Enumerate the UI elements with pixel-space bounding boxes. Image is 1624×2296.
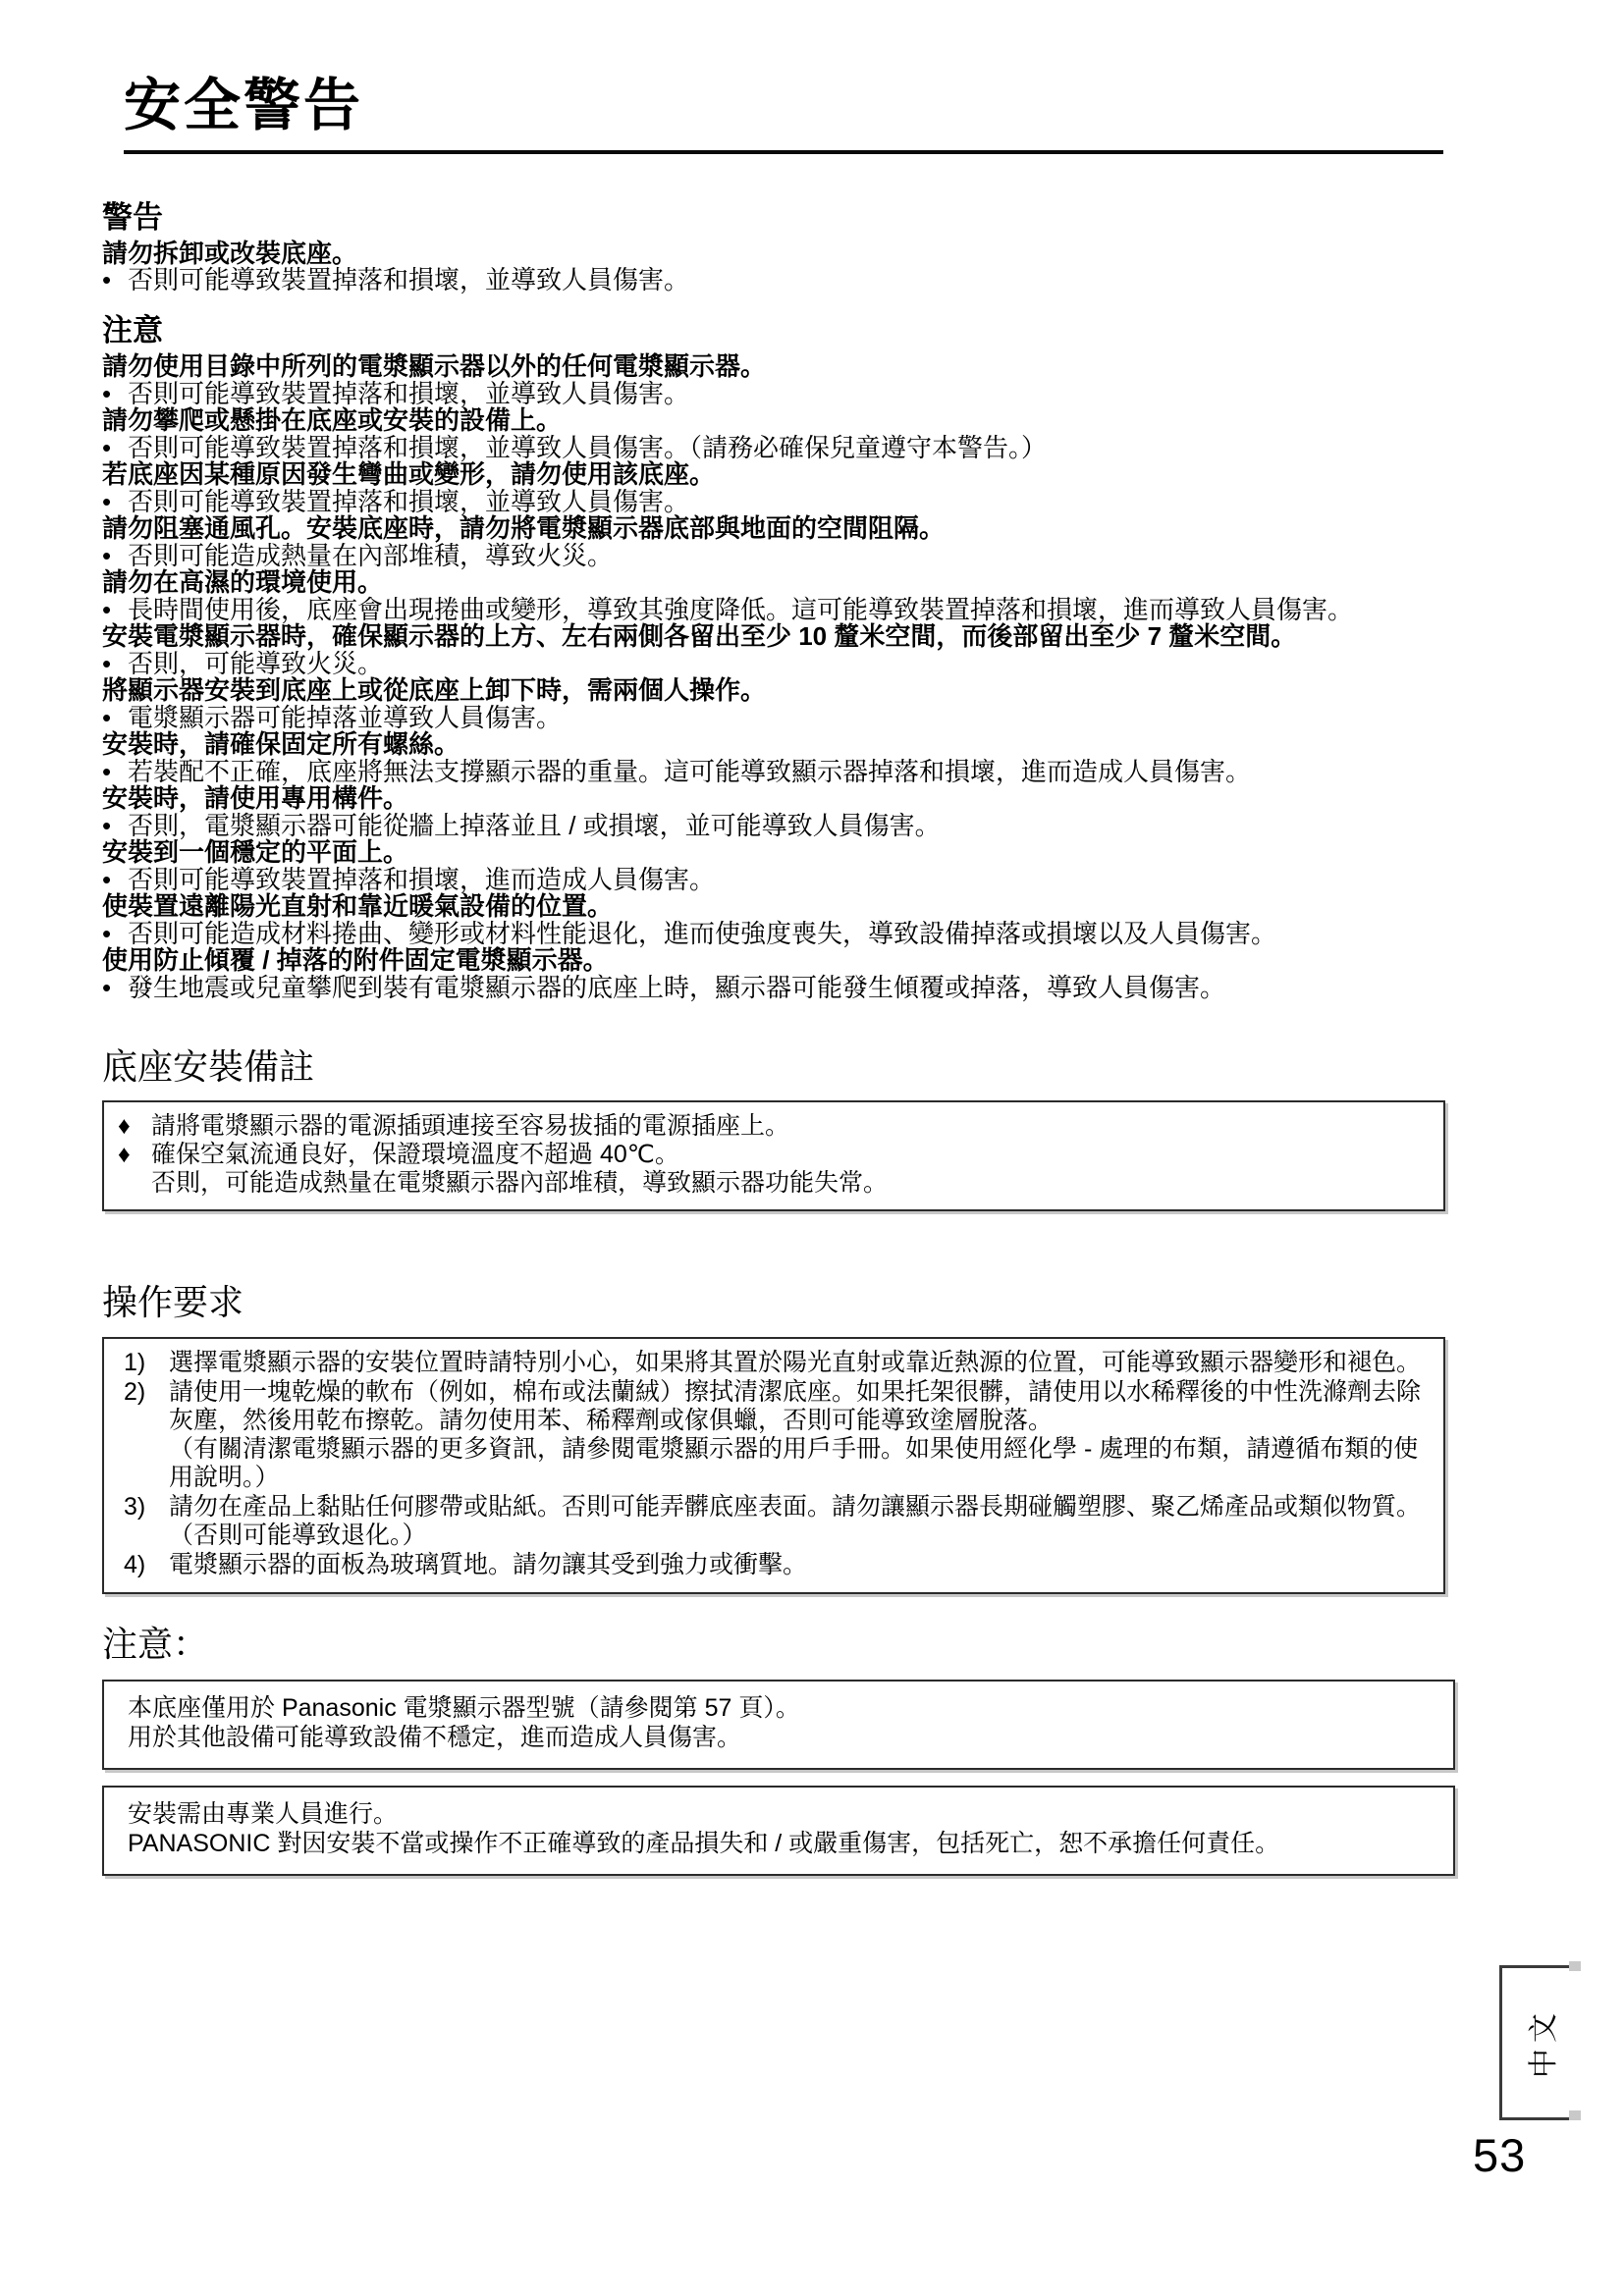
warning-section: 警告 請勿拆卸或改裝底座。• 否則可能導致裝置掉落和損壞，並導致人員傷害。 [102, 201, 1469, 294]
bullet-line: • 否則可能導致裝置掉落和損壞，並導致人員傷害。 [102, 267, 1469, 294]
bullet-text: 發生地震或兒童攀爬到裝有電漿顯示器的底座上時，顯示器可能發生傾覆或掉落，導致人員… [128, 973, 1225, 1002]
rule-line: 請勿攀爬或懸掛在底座或安裝的設備上。 [102, 407, 1469, 435]
bullet-text: 長時間使用後，底座會出現捲曲或變形，導致其強度降低。這可能導致裝置掉落和損壞，進… [128, 595, 1353, 624]
notice-line: 安裝需由專業人員進行。 [128, 1799, 1441, 1829]
bullet-line: • 否則可能導致裝置掉落和損壞，並導致人員傷害。（請務必確保兒童遵守本警告。） [102, 435, 1469, 462]
bullet-text: 否則可能導致裝置掉落和損壞，並導致人員傷害。 [128, 265, 689, 294]
operating-item-text: 電漿顯示器的面板為玻璃質地。請勿讓其受到強力或衝擊。 [169, 1551, 1432, 1579]
bullet-icon: • [102, 975, 128, 1002]
operating-box: 1)選擇電漿顯示器的安裝位置時請特別小心，如果將其置於陽光直射或靠近熱源的位置，… [102, 1337, 1445, 1594]
bullet-icon: • [102, 381, 128, 408]
rule-line: 安裝時，請確保固定所有螺絲。 [102, 731, 1469, 759]
bullet-icon: • [102, 435, 128, 462]
bullet-text: 否則，可能導致火災。 [128, 649, 383, 678]
bullet-text: 否則可能導致裝置掉落和損壞，並導致人員傷害。（請務必確保兒童遵守本警告。） [128, 433, 1047, 462]
rule-line: 請勿在高濕的環境使用。 [102, 569, 1469, 597]
bullet-icon: • [102, 759, 128, 786]
operating-item-number: 1) [118, 1349, 169, 1377]
bullet-line: • 否則可能導致裝置掉落和損壞，並導致人員傷害。 [102, 489, 1469, 516]
notice-box-installation: 安裝需由專業人員進行。PANASONIC 對因安裝不當或操作不正確導致的產品損失… [102, 1786, 1455, 1876]
operating-item: 2)請使用一塊乾燥的軟布（例如，棉布或法蘭絨）擦拭清潔底座。如果托架很髒，請使用… [118, 1378, 1432, 1492]
caution-section: 注意 請勿使用目錄中所列的電漿顯示器以外的任何電漿顯示器。• 否則可能導致裝置掉… [102, 314, 1469, 1001]
notice-line: 本底座僅用於 Panasonic 電漿顯示器型號（請參閱第 57 頁）。 [128, 1693, 1441, 1723]
bullet-line: • 否則可能導致裝置掉落和損壞，並導致人員傷害。 [102, 381, 1469, 408]
notice-box-models: 本底座僅用於 Panasonic 電漿顯示器型號（請參閱第 57 頁）。用於其他… [102, 1680, 1455, 1770]
bullet-line: • 否則，電漿顯示器可能從牆上掉落並且 / 或損壞，並可能導致人員傷害。 [102, 813, 1469, 840]
page-number: 53 [1473, 2128, 1526, 2182]
warning-list: 請勿拆卸或改裝底座。• 否則可能導致裝置掉落和損壞，並導致人員傷害。 [102, 240, 1469, 294]
rule-line: 安裝時，請使用專用構件。 [102, 785, 1469, 813]
notice-heading: 注意： [102, 1624, 1469, 1664]
bullet-text: 若裝配不正確，底座將無法支撐顯示器的重量。這可能導致顯示器掉落和損壞，進而造成人… [128, 757, 1251, 786]
operating-item-line: 請勿在產品上黏貼任何膠帶或貼紙。否則可能弄髒底座表面。請勿讓顯示器長期碰觸塑膠、… [169, 1493, 1432, 1550]
manual-page: 安全警告 警告 請勿拆卸或改裝底座。• 否則可能導致裝置掉落和損壞，並導致人員傷… [0, 0, 1624, 2296]
operating-item: 4)電漿顯示器的面板為玻璃質地。請勿讓其受到強力或衝擊。 [118, 1551, 1432, 1579]
bullet-text: 否則可能造成材料捲曲、變形或材料性能退化，進而使強度喪失，導致設備掉落或損壞以及… [128, 919, 1276, 948]
page-title: 安全警告 [124, 77, 1469, 136]
page-content: 安全警告 警告 請勿拆卸或改裝底座。• 否則可能導致裝置掉落和損壞，並導致人員傷… [102, 0, 1469, 1876]
operating-item-text: 請使用一塊乾燥的軟布（例如，棉布或法蘭絨）擦拭清潔底座。如果托架很髒，請使用以水… [169, 1378, 1432, 1492]
bullet-icon: • [102, 597, 128, 624]
operating-item: 3)請勿在產品上黏貼任何膠帶或貼紙。否則可能弄髒底座表面。請勿讓顯示器長期碰觸塑… [118, 1493, 1432, 1550]
operating-item: 1)選擇電漿顯示器的安裝位置時請特別小心，如果將其置於陽光直射或靠近熱源的位置，… [118, 1349, 1432, 1377]
bullet-line: • 否則可能造成熱量在內部堆積，導致火災。 [102, 543, 1469, 570]
bullet-icon: • [102, 867, 128, 894]
caution-heading: 注意 [102, 314, 1469, 347]
bullet-icon: • [102, 651, 128, 678]
title-rule [124, 150, 1443, 154]
bullet-icon: • [102, 489, 128, 516]
language-tab-label: 中文 [1519, 2007, 1562, 2078]
bullet-line: • 電漿顯示器可能掉落並導致人員傷害。 [102, 705, 1469, 732]
bullet-text: 否則，電漿顯示器可能從牆上掉落並且 / 或損壞，並可能導致人員傷害。 [128, 811, 941, 840]
bullet-line: • 發生地震或兒童攀爬到裝有電漿顯示器的底座上時，顯示器可能發生傾覆或掉落，導致… [102, 975, 1469, 1002]
rule-line: 請勿阻塞通風孔。安裝底座時，請勿將電漿顯示器底部與地面的空間阻隔。 [102, 515, 1469, 543]
rule-line: 將顯示器安裝到底座上或從底座上卸下時，需兩個人操作。 [102, 677, 1469, 705]
bullet-icon: • [102, 921, 128, 948]
tab-notch-top [1569, 1961, 1581, 1971]
rule-line: 使裝置遠離陽光直射和靠近暖氣設備的位置。 [102, 893, 1469, 921]
language-tab: 中文 [1499, 1965, 1579, 2120]
notice-line: 用於其他設備可能導致設備不穩定，進而造成人員傷害。 [128, 1723, 1441, 1752]
bullet-line: • 否則可能造成材料捲曲、變形或材料性能退化，進而使強度喪失，導致設備掉落或損壞… [102, 921, 1469, 948]
warning-heading: 警告 [102, 201, 1469, 235]
stand-notes-section: 底座安裝備註 ♦請將電漿顯示器的電源插頭連接至容易拔插的電源插座上。♦確保空氣流… [102, 1046, 1469, 1211]
operating-item-line: 選擇電漿顯示器的安裝位置時請特別小心，如果將其置於陽光直射或靠近熱源的位置，可能… [169, 1349, 1432, 1377]
diamond-icon: ♦ [118, 1141, 151, 1169]
stand-note-item: ♦請將電漿顯示器的電源插頭連接至容易拔插的電源插座上。 [118, 1112, 1432, 1141]
caution-list: 請勿使用目錄中所列的電漿顯示器以外的任何電漿顯示器。• 否則可能導致裝置掉落和損… [102, 353, 1469, 1001]
rule-line: 安裝到一個穩定的平面上。 [102, 839, 1469, 867]
operating-heading: 操作要求 [102, 1282, 1469, 1322]
stand-note-item: ♦確保空氣流通良好，保證環境溫度不超過 40℃。 [118, 1141, 1432, 1169]
operating-section: 操作要求 1)選擇電漿顯示器的安裝位置時請特別小心，如果將其置於陽光直射或靠近熱… [102, 1282, 1469, 1593]
tab-notch-bottom [1569, 2110, 1581, 2120]
bullet-line: • 長時間使用後，底座會出現捲曲或變形，導致其強度降低。這可能導致裝置掉落和損壞… [102, 597, 1469, 624]
bullet-text: 電漿顯示器可能掉落並導致人員傷害。 [128, 703, 562, 732]
rule-line: 請勿使用目錄中所列的電漿顯示器以外的任何電漿顯示器。 [102, 353, 1469, 381]
rule-line: 安裝電漿顯示器時，確保顯示器的上方、左右兩側各留出至少 10 釐米空間，而後部留… [102, 623, 1469, 651]
bullet-icon: • [102, 813, 128, 840]
operating-item-note: （有關清潔電漿顯示器的更多資訊，請參閱電漿顯示器的用戶手冊。如果使用經化學 - … [169, 1435, 1432, 1492]
rule-line: 使用防止傾覆 / 掉落的附件固定電漿顯示器。 [102, 947, 1469, 975]
operating-item-text: 請勿在產品上黏貼任何膠帶或貼紙。否則可能弄髒底座表面。請勿讓顯示器長期碰觸塑膠、… [169, 1493, 1432, 1550]
rule-line: 請勿拆卸或改裝底座。 [102, 240, 1469, 268]
operating-item-text: 選擇電漿顯示器的安裝位置時請特別小心，如果將其置於陽光直射或靠近熱源的位置，可能… [169, 1349, 1432, 1377]
operating-item-number: 4) [118, 1551, 169, 1579]
stand-notes-heading: 底座安裝備註 [102, 1046, 1469, 1087]
bullet-text: 否則可能導致裝置掉落和損壞，並導致人員傷害。 [128, 379, 689, 408]
notice-section: 注意： 本底座僅用於 Panasonic 電漿顯示器型號（請參閱第 57 頁）。… [102, 1624, 1469, 1876]
operating-item-line: 電漿顯示器的面板為玻璃質地。請勿讓其受到強力或衝擊。 [169, 1551, 1432, 1579]
operating-item-number: 2) [118, 1378, 169, 1407]
stand-notes-box: ♦請將電漿顯示器的電源插頭連接至容易拔插的電源插座上。♦確保空氣流通良好，保證環… [102, 1100, 1445, 1211]
bullet-icon: • [102, 705, 128, 732]
rule-line: 若底座因某種原因發生彎曲或變形，請勿使用該底座。 [102, 461, 1469, 489]
bullet-line: • 否則可能導致裝置掉落和損壞，進而造成人員傷害。 [102, 867, 1469, 894]
operating-item-line: 請使用一塊乾燥的軟布（例如，棉布或法蘭絨）擦拭清潔底座。如果托架很髒，請使用以水… [169, 1378, 1432, 1435]
diamond-icon: ♦ [118, 1112, 151, 1141]
bullet-line: • 否則，可能導致火災。 [102, 651, 1469, 678]
notice-line: PANASONIC 對因安裝不當或操作不正確導致的產品損失和 / 或嚴重傷害，包… [128, 1829, 1441, 1858]
bullet-icon: • [102, 267, 128, 294]
bullet-icon: • [102, 543, 128, 570]
bullet-line: • 若裝配不正確，底座將無法支撐顯示器的重量。這可能導致顯示器掉落和損壞，進而造… [102, 759, 1469, 786]
stand-note-text: 確保空氣流通良好，保證環境溫度不超過 40℃。 [151, 1141, 679, 1169]
bullet-text: 否則可能導致裝置掉落和損壞，並導致人員傷害。 [128, 487, 689, 516]
bullet-text: 否則可能造成熱量在內部堆積，導致火災。 [128, 541, 613, 570]
stand-note-continuation: 否則，可能造成熱量在電漿顯示器內部堆積，導致顯示器功能失常。 [118, 1169, 1432, 1198]
operating-item-number: 3) [118, 1493, 169, 1522]
bullet-text: 否則可能導致裝置掉落和損壞，進而造成人員傷害。 [128, 865, 715, 894]
stand-note-text: 請將電漿顯示器的電源插頭連接至容易拔插的電源插座上。 [151, 1112, 789, 1141]
